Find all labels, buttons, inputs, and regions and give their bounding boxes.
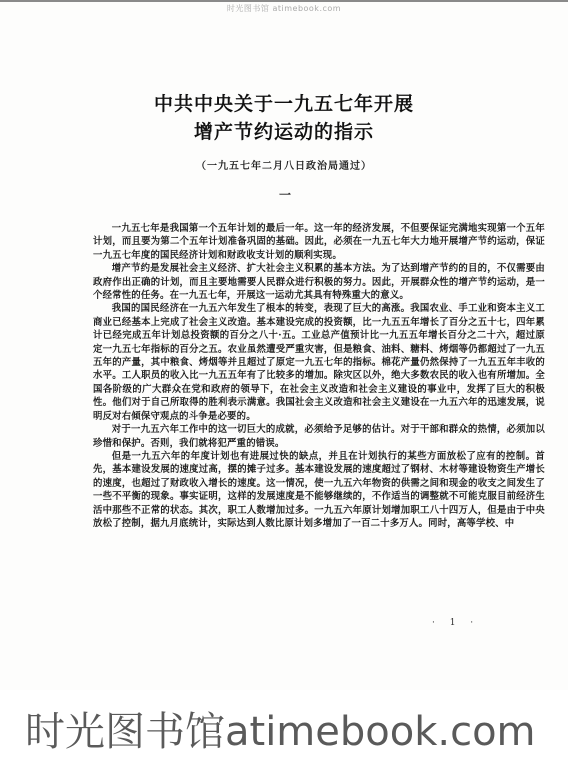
document-title: 中共中央关于一九五七年开展 增产节约运动的指示: [0, 90, 568, 146]
page-number: · 1 ·: [432, 618, 479, 628]
paragraph: 一九五七年是我国第一个五年计划的最后一年。这一年的经济发展，不但要保证完满地实现…: [93, 222, 545, 262]
paragraph: 对于一九五六年工作中的这一切巨大的成就，必须给予足够的估计。对于干部和群众的热情…: [93, 423, 545, 450]
top-watermark: 时光图书馆 atimebook.com: [0, 3, 568, 14]
paragraph: 增产节约是发展社会主义经济、扩大社会主义积累的基本方法。为了达到增产节约的目的，…: [93, 262, 545, 302]
section-number: 一: [275, 186, 295, 203]
title-line-2: 增产节约运动的指示: [0, 118, 568, 146]
paragraph: 我国的国民经济在一九五六年发生了根本的转变，表现了巨大的高涨。我国农业、手工业和…: [93, 302, 545, 423]
paragraph: 但是一九五六年的年度计划也有进展过快的缺点，并且在计划执行的某些方面放松了应有的…: [93, 450, 545, 530]
document-subtitle: （一九五七年二月八日政治局通过）: [0, 157, 568, 172]
title-line-1: 中共中央关于一九五七年开展: [0, 90, 568, 118]
bottom-watermark: 时光图书馆atimebook.com: [25, 700, 565, 757]
document-body: 一九五七年是我国第一个五年计划的最后一年。这一年的经济发展，不但要保证完满地实现…: [93, 222, 545, 530]
top-border: [0, 0, 568, 2]
